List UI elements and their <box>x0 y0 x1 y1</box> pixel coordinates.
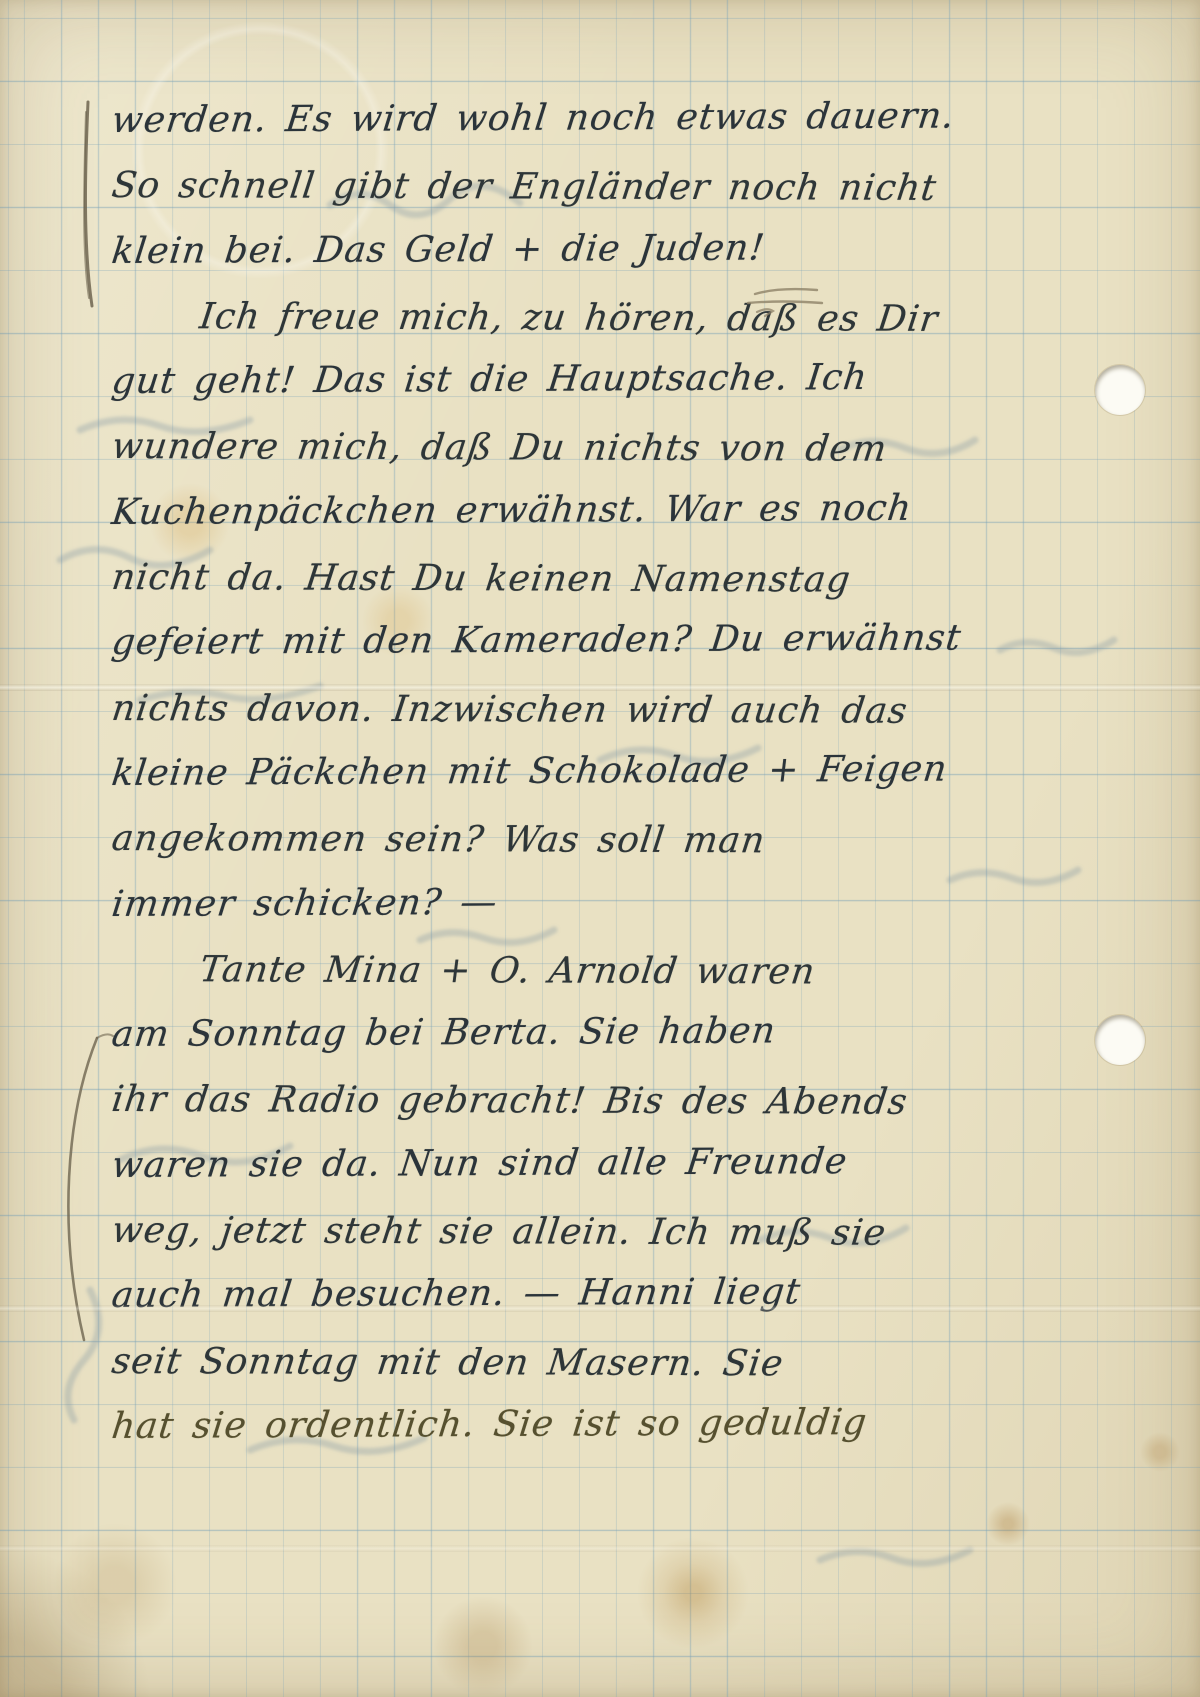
handwritten-line: weg, jetzt steht sie allein. Ich muß sie <box>108 1198 1184 1267</box>
handwritten-line: gefeiert mit den Kameraden? Du erwähnst <box>108 605 1184 676</box>
punch-hole-bottom <box>1095 1015 1145 1065</box>
letter-text: werden. Es wird wohl noch etwas dauern.S… <box>112 88 1180 1459</box>
handwritten-line: klein bei. Das Geld + die Juden! <box>108 213 1184 284</box>
fold-crease <box>0 684 1200 691</box>
handwritten-line: auch mal besuchen. — Hanni liegt <box>108 1258 1184 1329</box>
fold-crease <box>0 1305 1200 1312</box>
handwritten-line: waren sie da. Nun sind alle Freunde <box>108 1127 1184 1198</box>
punch-hole-top <box>1095 365 1145 415</box>
handwritten-line: Kuchenpäckchen erwähnst. War es noch <box>108 474 1184 545</box>
handwritten-line: seit Sonntag mit den Masern. Sie <box>108 1329 1184 1398</box>
handwritten-line: ihr das Radio gebracht! Bis des Abends <box>108 1067 1184 1136</box>
handwritten-line: nicht da. Hast Du keinen Namenstag <box>108 545 1184 614</box>
handwritten-line: Tante Mina + O. Arnold waren <box>108 937 1184 1006</box>
handwritten-line: werden. Es wird wohl noch etwas dauern. <box>108 82 1184 153</box>
handwritten-line: hat sie ordentlich. Sie ist so geduldig <box>108 1388 1184 1459</box>
handwritten-line: kleine Päckchen mit Schokolade + Feigen <box>108 735 1184 806</box>
handwritten-line: wundere mich, daß Du nichts von dem <box>108 414 1184 483</box>
handwritten-line: Ich freue mich, zu hören, daß es Dir <box>108 284 1184 353</box>
fold-crease <box>0 1545 1200 1552</box>
handwritten-line: am Sonntag bei Berta. Sie haben <box>108 997 1184 1068</box>
handwritten-line: So schnell gibt der Engländer noch nicht <box>108 153 1184 222</box>
handwritten-line: gut geht! Das ist die Hauptsache. Ich <box>108 344 1184 415</box>
letter-page: werden. Es wird wohl noch etwas dauern.S… <box>0 0 1200 1697</box>
handwritten-line: immer schicken? — <box>108 866 1184 937</box>
handwritten-line: angekommen sein? Was soll man <box>108 806 1184 875</box>
